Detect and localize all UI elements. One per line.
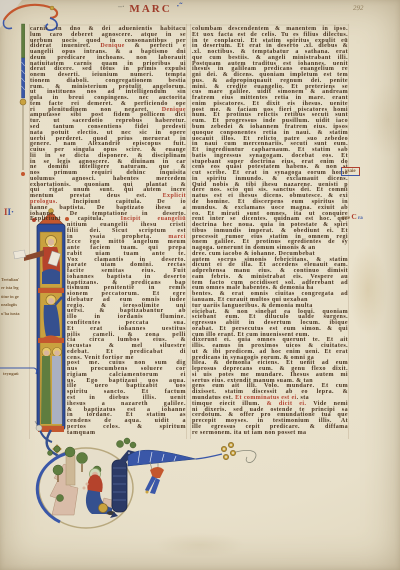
text-line: ūtur in ge — [1, 293, 33, 301]
historiated-initial-I — [14, 209, 69, 433]
text-line: nealogiis — [1, 301, 33, 309]
text-line: tamquam — [67, 431, 186, 437]
standing-saints-figures — [40, 337, 62, 424]
colored-letter: · — [11, 207, 14, 217]
reference-initial: C — [351, 212, 356, 221]
margin-staff — [20, 24, 26, 176]
running-title: –· MARC ·˜ — [118, 1, 182, 17]
reference-suffix: ra — [358, 216, 363, 221]
text-line: u'ba iuxta — [1, 310, 33, 318]
column-1-prologue-text: carnis in dno & dei aduenientis habitacu… — [30, 27, 186, 223]
right-margin-reference-note: mte C ra — [342, 212, 363, 221]
column-1-gospel-text: nitium euangelii ihesu cristifilii dei. … — [67, 223, 186, 436]
pen-flourish — [236, 450, 256, 462]
text-line: Tertulian' — [1, 276, 33, 284]
reference-text: mte — [342, 216, 350, 221]
right-margin-boxed-note: ysaie — [341, 167, 360, 176]
colored-letter: R — [152, 3, 162, 15]
colored-letter: M — [129, 3, 141, 15]
initial-tail — [35, 421, 64, 460]
left-margin-note: teyngaū — [3, 371, 19, 376]
dragon — [99, 450, 137, 518]
left-margin-gloss: Tertulian'er ista legūtur in genealogiis… — [1, 276, 33, 318]
bas-de-page-medallion — [37, 438, 256, 528]
medallion-scene — [48, 438, 137, 518]
foliage-sprigs — [48, 438, 137, 456]
text-line: re sermonem. ita ut iam non posset ma — [192, 431, 348, 437]
page-corner — [0, 0, 22, 28]
beast-head — [36, 425, 42, 431]
dragon-wing — [128, 450, 222, 466]
text-line: er ista leg — [1, 284, 33, 292]
colored-letter: A — [142, 3, 152, 15]
folio-number: 292 — [352, 4, 364, 12]
title-flourish: ·˜ — [176, 1, 182, 11]
kneeling-figure — [83, 469, 116, 516]
chapter-numeral: II· — [4, 207, 14, 217]
kneeling-blue-figure — [44, 295, 62, 336]
hanging-bird-ornament — [145, 462, 164, 494]
running-title-letters: MARC — [129, 3, 171, 15]
column-2-text: columbam descendentem & manentem in ipso… — [192, 27, 348, 436]
colored-letter: C — [162, 3, 172, 15]
pen-dash: –· — [118, 2, 125, 11]
gold-dots — [221, 442, 235, 459]
manuscript-page: –· MARC ·˜ 292 II· carnis in dno & dei a… — [0, 0, 400, 570]
